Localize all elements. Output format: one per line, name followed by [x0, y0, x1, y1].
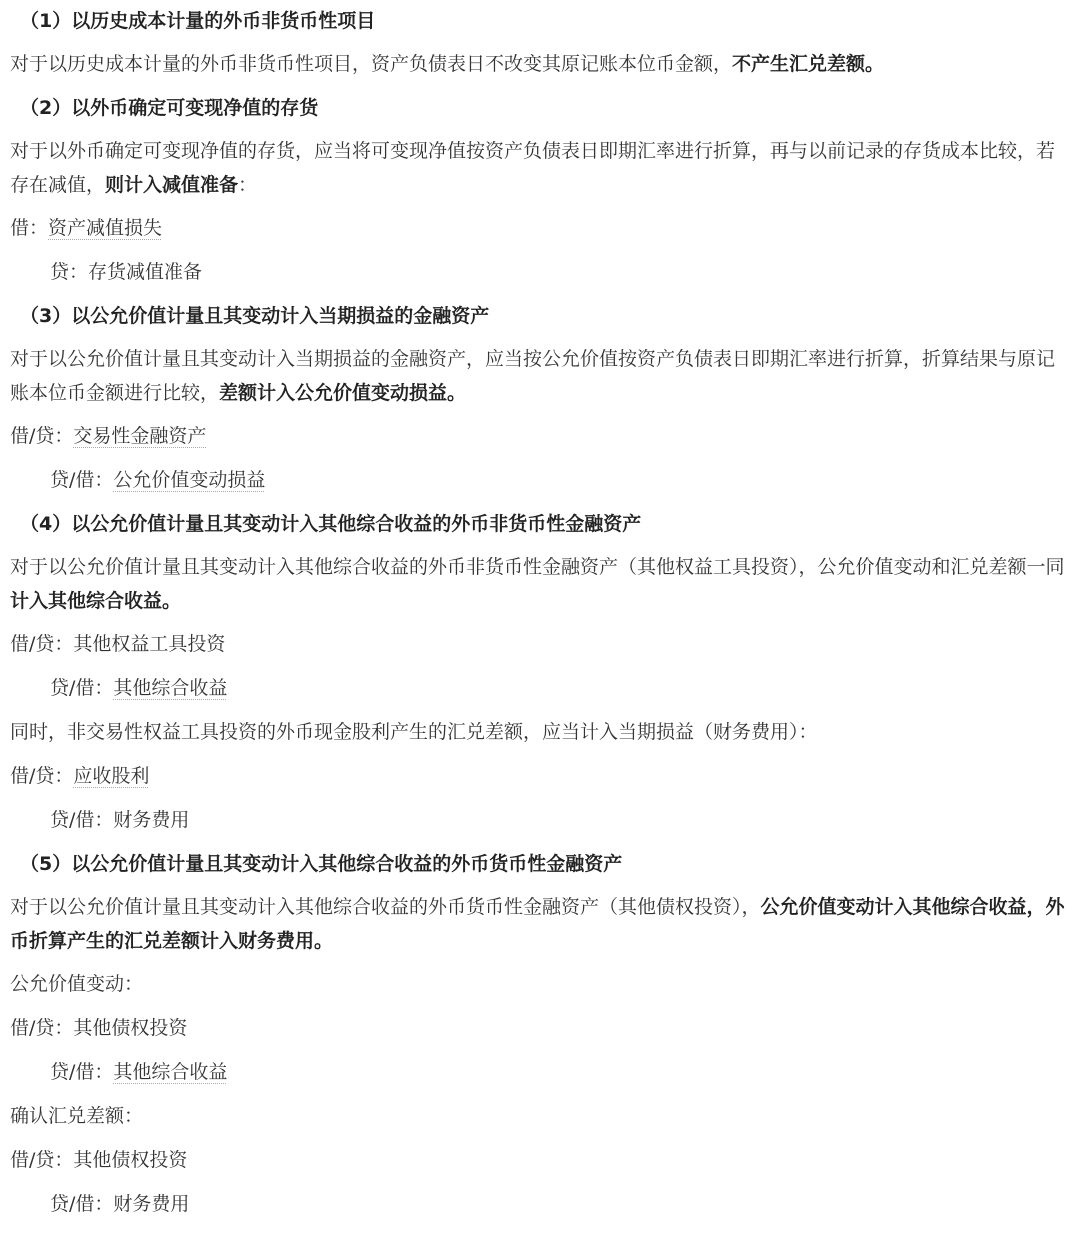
journal-entry-credit: 贷/借：财务费用	[10, 1187, 1070, 1231]
journal-entry-debit: 借/贷：交易性金融资产	[10, 419, 1070, 463]
journal-entry-credit: 贷/借：其他综合收益	[10, 671, 1070, 715]
paragraph-text: 对于以公允价值计量且其变动计入其他综合收益的外币非货币性金融资产（其他权益工具投…	[10, 556, 1065, 578]
journal-entry-credit: 贷/借：公允价值变动损益	[10, 463, 1070, 507]
entry-side: 贷/借：	[50, 677, 113, 699]
paragraph-bold-text: 计入其他综合收益。	[10, 590, 181, 612]
section-note-4: 同时，非交易性权益工具投资的外币现金股利产生的汇兑差额，应当计入当期损益（财务费…	[10, 715, 1070, 759]
account-name: 财务费用	[113, 1193, 189, 1215]
section-heading-2: （2）以外币确定可变现净值的存货	[10, 91, 1070, 134]
entry-side: 借：	[10, 217, 48, 239]
subheading-fair-value-change: 公允价值变动：	[10, 967, 1070, 1011]
section-paragraph-2: 对于以外币确定可变现净值的存货，应当将可变现净值按资产负债表日即期汇率进行折算，…	[10, 134, 1070, 211]
entry-side: 贷/借：	[50, 1061, 113, 1083]
subheading-text: 确认汇兑差额：	[10, 1105, 143, 1127]
account-name: 其他债权投资	[73, 1149, 187, 1171]
entry-side: 贷：	[50, 261, 88, 283]
journal-entry-credit: 贷/借：财务费用	[10, 803, 1070, 847]
entry-side: 贷/借：	[50, 469, 113, 491]
section-heading-4: （4）以公允价值计量且其变动计入其他综合收益的外币非货币性金融资产	[10, 507, 1070, 550]
section-heading-5: （5）以公允价值计量且其变动计入其他综合收益的外币货币性金融资产	[10, 847, 1070, 890]
journal-entry-debit: 借/贷：其他债权投资	[10, 1011, 1070, 1055]
account-link[interactable]: 其他综合收益	[113, 1061, 227, 1083]
account-link[interactable]: 资产减值损失	[48, 217, 162, 239]
journal-entry-debit: 借/贷：其他债权投资	[10, 1143, 1070, 1187]
account-name: 存货减值准备	[88, 261, 202, 283]
paragraph-text: 对于以公允价值计量且其变动计入其他综合收益的外币货币性金融资产（其他债权投资），	[10, 896, 761, 918]
paragraph-bold-text: 则计入减值准备	[105, 174, 238, 196]
account-name: 财务费用	[113, 809, 189, 831]
account-link[interactable]: 应收股利	[73, 765, 149, 787]
section-paragraph-5: 对于以公允价值计量且其变动计入其他综合收益的外币货币性金融资产（其他债权投资），…	[10, 890, 1070, 967]
journal-entry-debit: 借/贷：其他权益工具投资	[10, 627, 1070, 671]
section-paragraph-1: 对于以历史成本计量的外币非货币性项目，资产负债表日不改变其原记账本位币金额，不产…	[10, 47, 1070, 91]
paragraph-bold-text: 不产生汇兑差额。	[732, 53, 884, 75]
journal-entry-debit: 借/贷：应收股利	[10, 759, 1070, 803]
entry-side: 借/贷：	[10, 633, 73, 655]
account-name: 其他债权投资	[73, 1017, 187, 1039]
account-link[interactable]: 其他综合收益	[113, 677, 227, 699]
section-heading-3: （3）以公允价值计量且其变动计入当期损益的金融资产	[10, 299, 1070, 342]
journal-entry-credit: 贷：存货减值准备	[10, 255, 1070, 299]
entry-side: 借/贷：	[10, 765, 73, 787]
account-link[interactable]: 公允价值变动损益	[113, 469, 265, 491]
paragraph-text: 对于以公允价值计量且其变动计入当期损益的金融资产，应当按公允价值按资产负债表日即…	[10, 348, 1055, 404]
document: （1）以历史成本计量的外币非货币性项目 对于以历史成本计量的外币非货币性项目，资…	[0, 0, 1080, 1231]
entry-side: 借/贷：	[10, 1149, 73, 1171]
entry-side: 贷/借：	[50, 809, 113, 831]
section-heading-1: （1）以历史成本计量的外币非货币性项目	[10, 4, 1070, 47]
journal-entry-credit: 贷/借：其他综合收益	[10, 1055, 1070, 1099]
entry-side: 借/贷：	[10, 1017, 73, 1039]
paragraph-bold-text: 差额计入公允价值变动损益。	[219, 382, 466, 404]
paragraph-text: 对于以历史成本计量的外币非货币性项目，资产负债表日不改变其原记账本位币金额，	[10, 53, 732, 75]
entry-side: 借/贷：	[10, 425, 73, 447]
subheading-exchange-difference: 确认汇兑差额：	[10, 1099, 1070, 1143]
journal-entry-debit: 借：资产减值损失	[10, 211, 1070, 255]
paragraph-text: ：	[238, 174, 257, 196]
entry-side: 贷/借：	[50, 1193, 113, 1215]
account-link[interactable]: 交易性金融资产	[73, 425, 206, 447]
account-name: 其他权益工具投资	[73, 633, 225, 655]
section-paragraph-4: 对于以公允价值计量且其变动计入其他综合收益的外币非货币性金融资产（其他权益工具投…	[10, 550, 1070, 627]
section-paragraph-3: 对于以公允价值计量且其变动计入当期损益的金融资产，应当按公允价值按资产负债表日即…	[10, 342, 1070, 419]
